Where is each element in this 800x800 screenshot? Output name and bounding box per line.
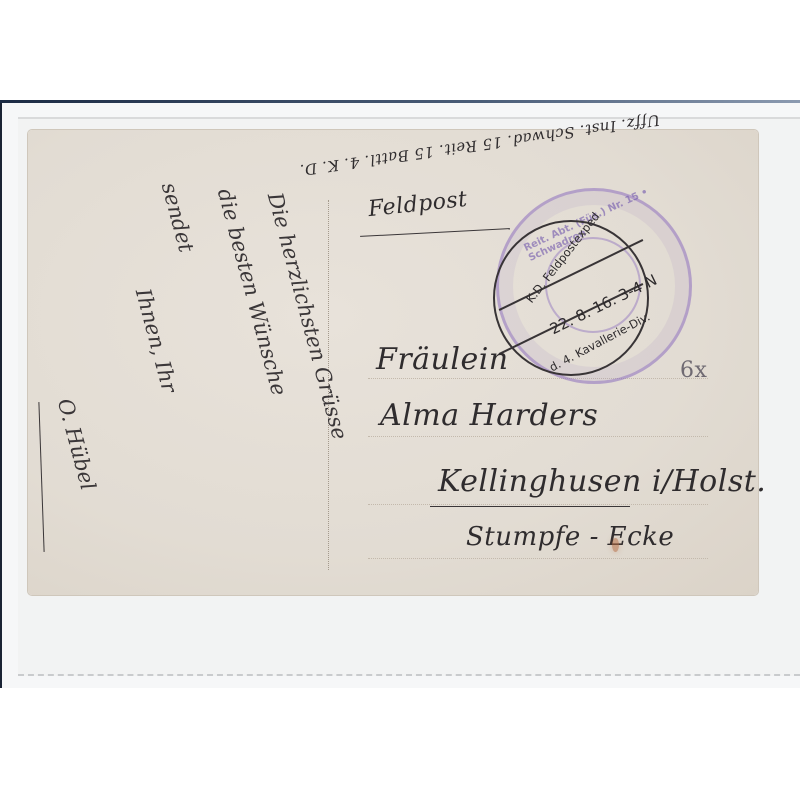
address-line: [368, 436, 708, 437]
recipient-salutation: Fräulein: [376, 342, 509, 377]
service-mark-underline: [360, 228, 510, 237]
city-underline: [430, 506, 630, 507]
address-line: [368, 378, 708, 379]
message-line: Die herzlichsten Grüsse: [263, 190, 352, 442]
foxing-stain: [612, 538, 619, 552]
recipient-city: Kellinghusen i/Holst.: [438, 464, 766, 499]
message-line: Ihnen, Ihr: [131, 286, 182, 395]
message-line: sendet: [157, 180, 199, 255]
signature-flourish: [38, 402, 44, 552]
recipient-street: Stumpfe - Ecke: [466, 522, 674, 552]
postmark-date: 22. 8. 16. 3-4 N: [547, 271, 660, 338]
postcard: Reit. Abt. (Füs.) Nr. 15 • Schwadron K.D…: [28, 130, 758, 595]
address-line: [368, 558, 708, 559]
service-mark: Feldpost: [367, 187, 469, 222]
pencil-note: 6x: [680, 358, 707, 383]
signature: O. Hübel: [53, 396, 100, 493]
recipient-name: Alma Harders: [380, 398, 598, 433]
address-line: [368, 504, 708, 505]
postmark: K.D. Feldpostexped 22. 8. 16. 3-4 N d. 4…: [493, 220, 649, 376]
